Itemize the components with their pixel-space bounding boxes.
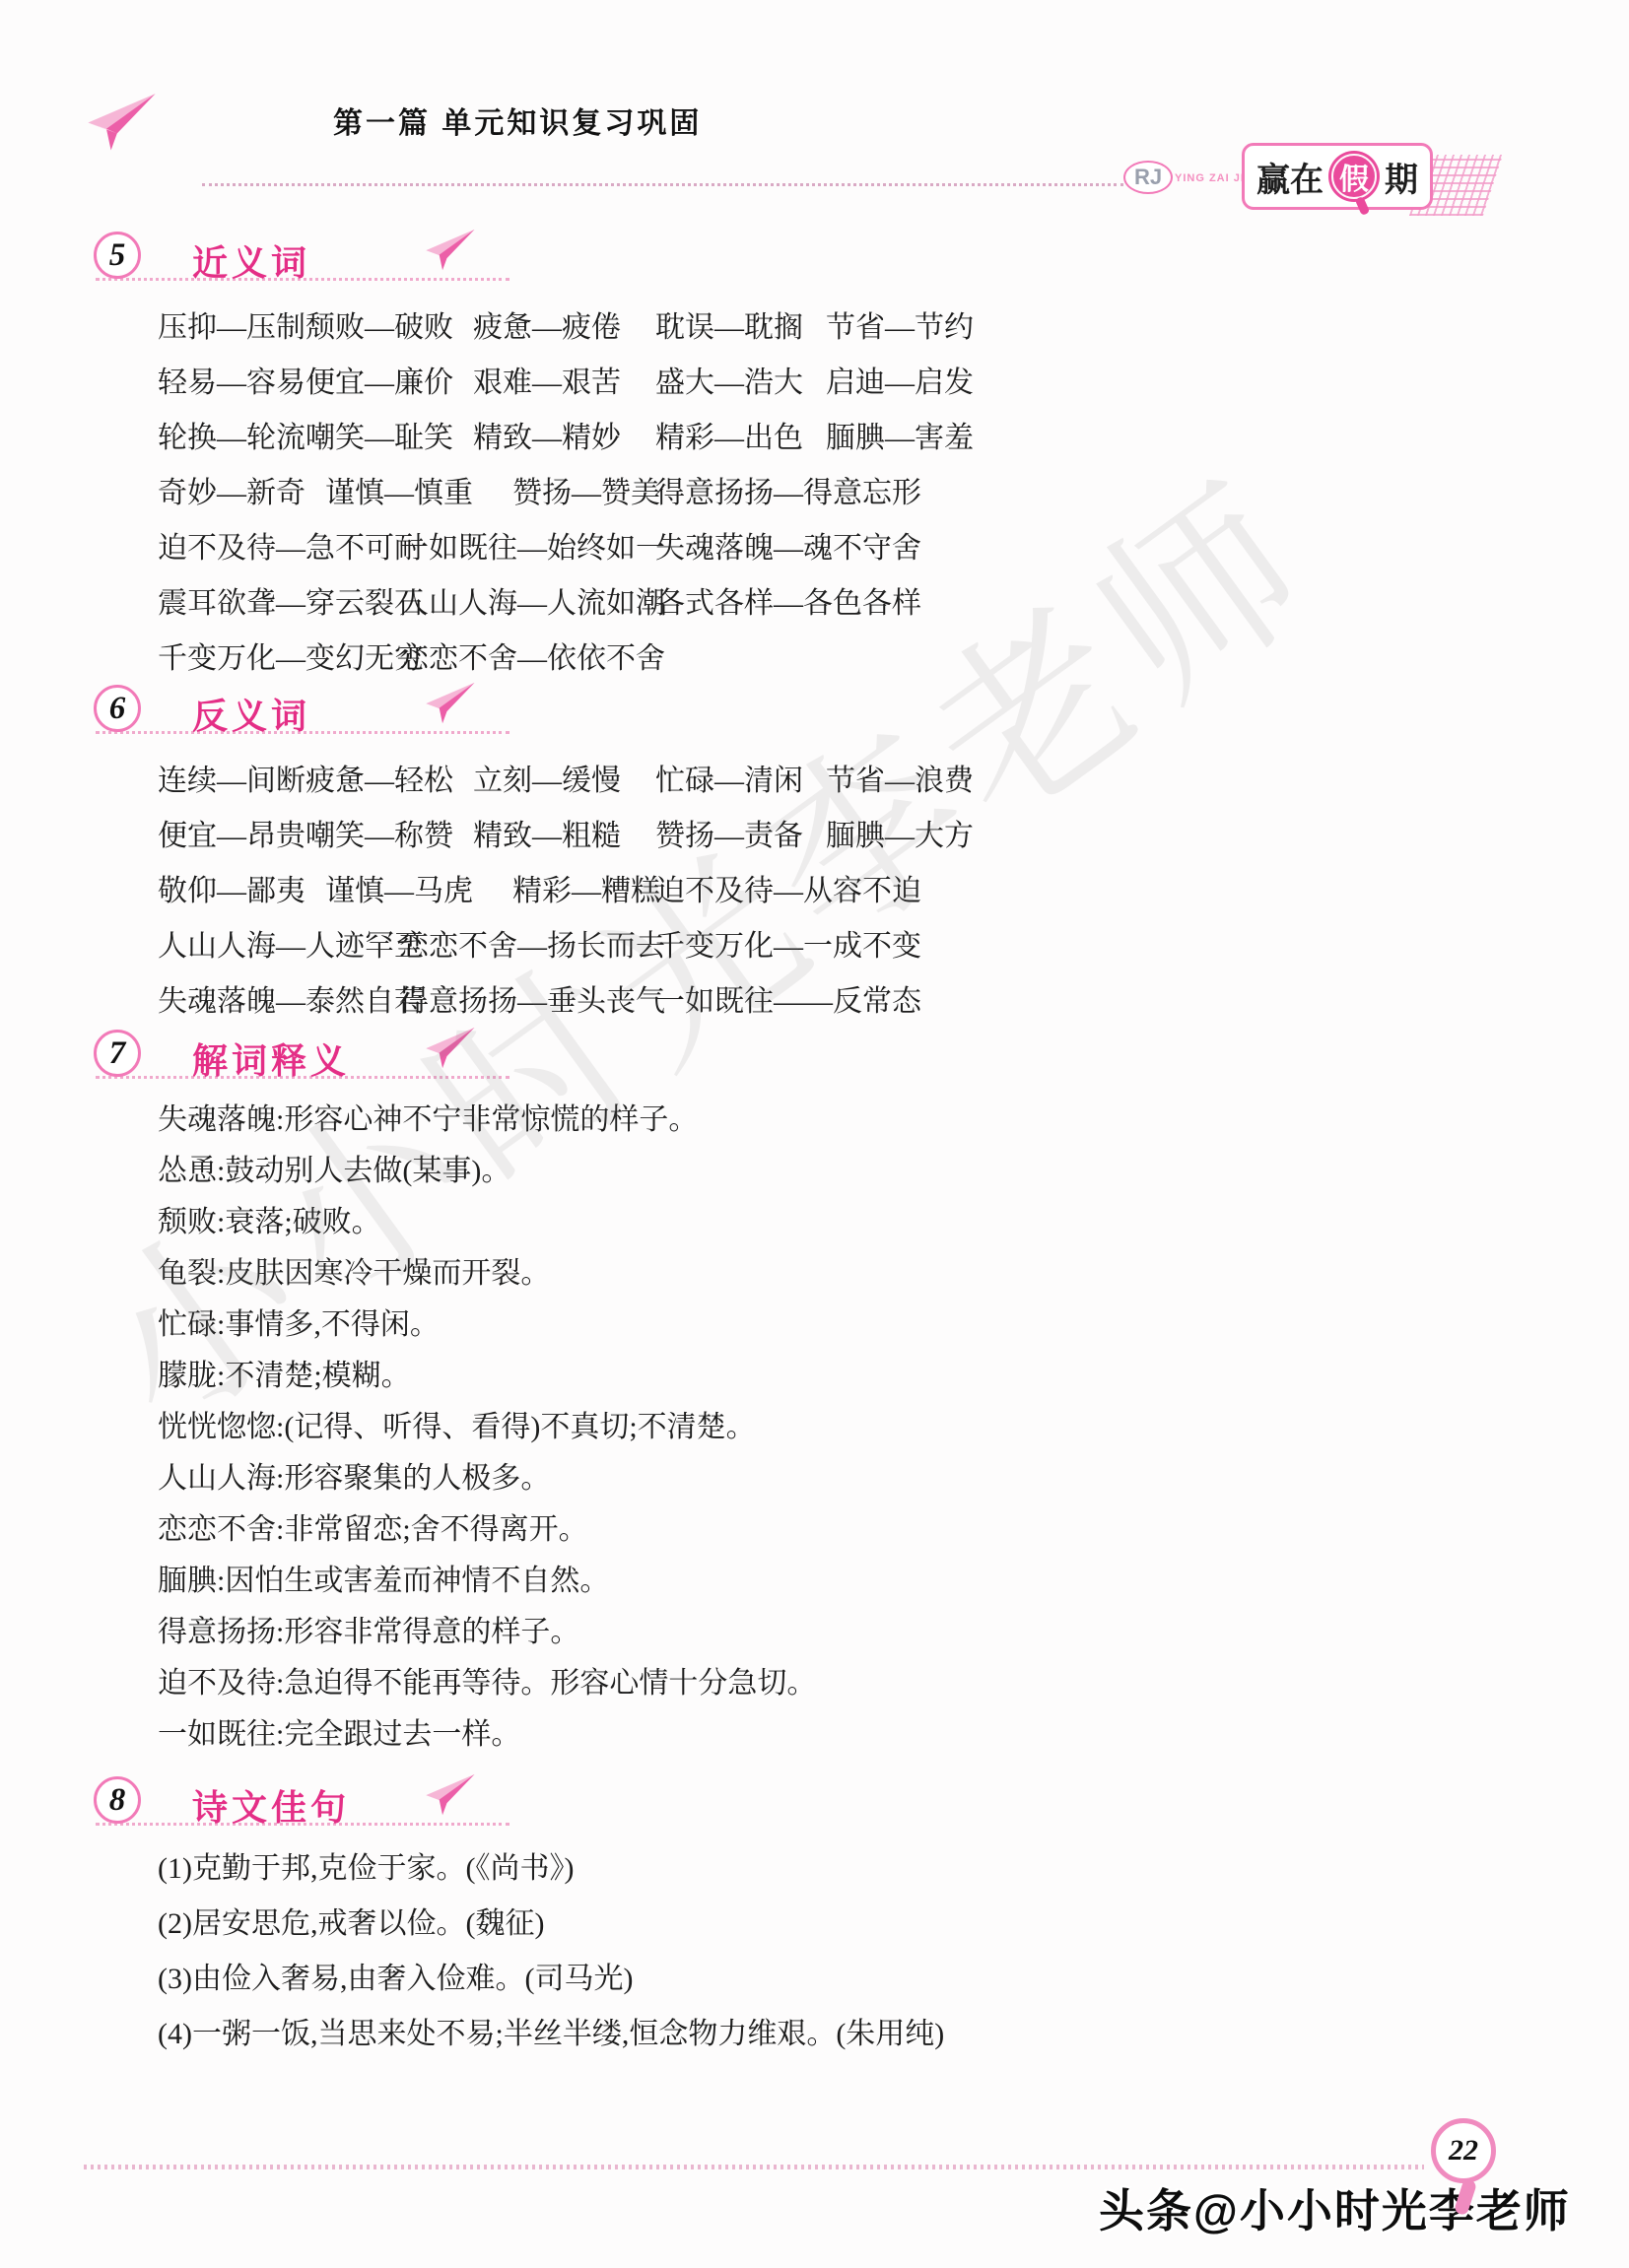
word-pair: 迫不及待—急不可耐	[158, 523, 424, 567]
word-pair: 人山人海—人迹罕至	[158, 921, 424, 965]
word-pair: 颓败—破败	[305, 302, 453, 346]
word-pair: 赞扬—赞美	[512, 468, 660, 511]
paper-airplane-icon	[424, 1770, 479, 1818]
text-line: 失魂落魄:形容心神不宁非常惊慌的样子。	[158, 1095, 1513, 1146]
quote-lines: (1)克勤于邦,克俭于家。(《尚书》)(2)居安思危,戒奢以俭。(魏征)(3)由…	[158, 1841, 1513, 2062]
word-pair: 轮换—轮流	[158, 413, 305, 456]
footer-dotted-rule	[84, 2165, 1424, 2169]
section-header-definitions: 7 解词释义	[94, 1030, 1513, 1081]
word-pair-row: 轮换—轮流嘲笑—耻笑精致—精妙精彩—出色腼腆—害羞	[158, 407, 1513, 462]
word-pair: 便宜—昂贵	[158, 811, 305, 854]
word-pair: 千变万化—一成不变	[655, 921, 921, 965]
section-title: 近义词	[192, 235, 310, 286]
text-line: 腼腆:因怕生或害羞而神情不自然。	[158, 1556, 1513, 1607]
text-line: (2)居安思危,戒奢以俭。(魏征)	[158, 1897, 1513, 1952]
word-pair: 失魂落魄—泰然自若	[158, 976, 424, 1020]
credit-watermark: 头条@小小时光李老师	[1099, 2175, 1571, 2240]
word-pair: 一如既往—始终如一	[399, 523, 665, 567]
word-pair: 节省—节约	[826, 302, 974, 346]
brand-logo: RJ YING ZAI JIA QI 赢在 假 期	[1123, 143, 1503, 227]
paper-airplane-icon	[424, 679, 479, 726]
text-line: (4)一粥一饭,当思来处不易;半丝半缕,恒念物力维艰。(朱用纯)	[158, 2007, 1513, 2062]
section-title: 反义词	[192, 689, 310, 739]
word-pair: 压抑—压制	[158, 302, 305, 346]
word-pair: 奇妙—新奇	[158, 468, 305, 511]
paper-airplane-icon	[85, 91, 162, 152]
word-pair: 精彩—出色	[655, 413, 803, 456]
section-title: 解词释义	[192, 1034, 350, 1084]
word-pair: 敬仰—鄙夷	[158, 866, 305, 909]
word-pair: 嘲笑—称赞	[305, 811, 453, 854]
word-pair: 轻易—容易	[158, 358, 305, 401]
synonym-rows: 压抑—压制颓败—破败疲惫—疲倦耽误—耽搁节省—节约轻易—容易便宜—廉价艰难—艰苦…	[158, 297, 1513, 683]
word-pair: 恋恋不舍—依依不舍	[399, 634, 665, 677]
word-pair: 疲惫—轻松	[305, 756, 453, 799]
section-number: 5	[94, 232, 141, 279]
text-line: 颓败:衰落;破败。	[158, 1197, 1513, 1248]
text-line: 得意扬扬:形容非常得意的样子。	[158, 1607, 1513, 1658]
word-pair: 谨慎—马虎	[325, 866, 473, 909]
text-line: 一如既往:完全跟过去一样。	[158, 1709, 1513, 1761]
text-line: 迫不及待:急迫得不能再等待。形容心情十分急切。	[158, 1658, 1513, 1709]
word-pair: 精致—精妙	[473, 413, 621, 456]
word-pair: 盛大—浩大	[655, 358, 803, 401]
word-pair: 疲惫—疲倦	[473, 302, 621, 346]
word-pair: 得意扬扬—垂头丧气	[399, 976, 665, 1020]
word-pair: 精彩—糟糕	[512, 866, 660, 909]
word-pair: 立刻—缓慢	[473, 756, 621, 799]
text-line: 恍恍惚惚:(记得、听得、看得)不真切;不清楚。	[158, 1402, 1513, 1453]
edition-badge: RJ	[1123, 161, 1173, 194]
word-pair: 忙碌—清闲	[655, 756, 803, 799]
header-dotted-rule	[202, 183, 1123, 186]
word-pair: 恋恋不舍—扬长而去	[399, 921, 665, 965]
word-pair-row: 压抑—压制颓败—破败疲惫—疲倦耽误—耽搁节省—节约	[158, 297, 1513, 352]
page-content: 5 近义词 压抑—压制颓败—破败疲惫—疲倦耽误—耽搁节省—节约轻易—容易便宜—廉…	[94, 232, 1513, 2062]
brand-name-right: 期	[1385, 153, 1418, 201]
text-line: (3)由俭入奢易,由奢入俭难。(司马光)	[158, 1952, 1513, 2007]
word-pair: 一如既往——反常态	[655, 976, 921, 1020]
section-header-antonyms: 6 反义词	[94, 685, 1513, 736]
word-pair: 迫不及待—从容不迫	[655, 866, 921, 909]
text-line: 怂恿:鼓动别人去做(某事)。	[158, 1146, 1513, 1197]
brand-name-box: 赢在 假 期	[1242, 143, 1433, 210]
word-pair-row: 奇妙—新奇谨慎—慎重赞扬—赞美得意扬扬—得意忘形	[158, 462, 1513, 517]
text-line: (1)克勤于邦,克俭于家。(《尚书》)	[158, 1841, 1513, 1897]
text-line: 忙碌:事情多,不得闲。	[158, 1300, 1513, 1351]
word-pair: 人山人海—人流如潮	[399, 578, 665, 622]
word-pair-row: 轻易—容易便宜—廉价艰难—艰苦盛大—浩大启迪—启发	[158, 352, 1513, 407]
word-pair: 便宜—廉价	[305, 358, 453, 401]
word-pair: 耽误—耽搁	[655, 302, 803, 346]
word-pair: 腼腆—害羞	[826, 413, 974, 456]
word-pair-row: 便宜—昂贵嘲笑—称赞精致—粗糙赞扬—责备腼腆—大方	[158, 805, 1513, 860]
paper-airplane-icon	[424, 1024, 479, 1071]
section-number: 7	[94, 1030, 141, 1077]
section-number: 8	[94, 1776, 141, 1824]
word-pair-row: 人山人海—人迹罕至恋恋不舍—扬长而去千变万化—一成不变	[158, 915, 1513, 970]
word-pair: 谨慎—慎重	[325, 468, 473, 511]
word-pair: 得意扬扬—得意忘形	[655, 468, 921, 511]
word-pair-row: 千变万化—变幻无穷恋恋不舍—依依不舍	[158, 628, 1513, 683]
section-title: 诗文佳句	[192, 1780, 350, 1831]
section-number: 6	[94, 685, 141, 732]
word-pair: 腼腆—大方	[826, 811, 974, 854]
definition-lines: 失魂落魄:形容心神不宁非常惊慌的样子。怂恿:鼓动别人去做(某事)。颓败:衰落;破…	[158, 1095, 1513, 1761]
text-line: 人山人海:形容聚集的人极多。	[158, 1453, 1513, 1504]
word-pair: 千变万化—变幻无穷	[158, 634, 424, 677]
word-pair: 艰难—艰苦	[473, 358, 621, 401]
section-header-synonyms: 5 近义词	[94, 232, 1513, 283]
word-pair: 赞扬—责备	[655, 811, 803, 854]
word-pair: 震耳欲聋—穿云裂石	[158, 578, 424, 622]
word-pair: 精致—粗糙	[473, 811, 621, 854]
text-line: 龟裂:皮肤因寒冷干燥而开裂。	[158, 1248, 1513, 1300]
word-pair: 连续—间断	[158, 756, 305, 799]
word-pair: 失魂落魄—魂不守舍	[655, 523, 921, 567]
paper-airplane-icon	[424, 226, 479, 273]
word-pair-row: 迫不及待—急不可耐一如既往—始终如一失魂落魄—魂不守舍	[158, 517, 1513, 572]
page-title: 第一篇 单元知识复习巩固	[333, 99, 702, 142]
magnifier-circle-icon: 假	[1328, 151, 1380, 202]
workbook-page: 第一篇 单元知识复习巩固 RJ YING ZAI JIA QI 赢在 假 期 5…	[0, 0, 1629, 2268]
word-pair: 节省—浪费	[826, 756, 974, 799]
section-header-quotes: 8 诗文佳句	[94, 1776, 1513, 1828]
word-pair-row: 敬仰—鄙夷谨慎—马虎精彩—糟糕迫不及待—从容不迫	[158, 860, 1513, 915]
brand-name-left: 赢在	[1256, 153, 1324, 201]
text-line: 恋恋不舍:非常留恋;舍不得离开。	[158, 1504, 1513, 1556]
word-pair: 各式各样—各色各样	[655, 578, 921, 622]
word-pair-row: 失魂落魄—泰然自若得意扬扬—垂头丧气一如既往——反常态	[158, 970, 1513, 1026]
page-number: 22	[1431, 2118, 1496, 2183]
page-number-badge: 22	[1431, 2118, 1496, 2183]
word-pair-row: 连续—间断疲惫—轻松立刻—缓慢忙碌—清闲节省—浪费	[158, 750, 1513, 805]
word-pair: 启迪—启发	[826, 358, 974, 401]
antonym-rows: 连续—间断疲惫—轻松立刻—缓慢忙碌—清闲节省—浪费便宜—昂贵嘲笑—称赞精致—粗糙…	[158, 750, 1513, 1026]
word-pair-row: 震耳欲聋—穿云裂石人山人海—人流如潮各式各样—各色各样	[158, 572, 1513, 628]
text-line: 朦胧:不清楚;模糊。	[158, 1351, 1513, 1402]
word-pair: 嘲笑—耻笑	[305, 413, 453, 456]
